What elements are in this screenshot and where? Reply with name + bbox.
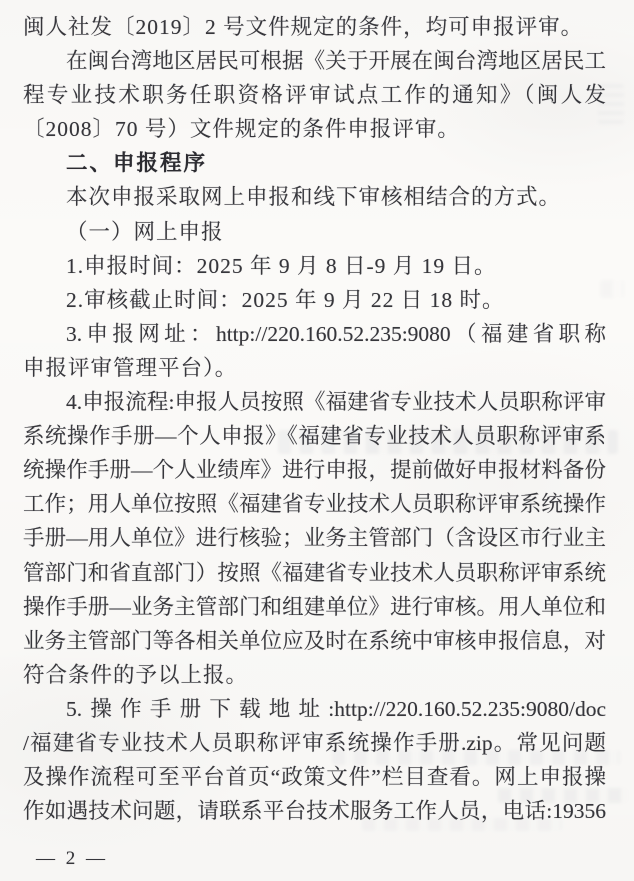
text-line: 及操作流程可至平台首页“政策文件”栏目查看。网上申报操: [23, 760, 606, 794]
text-line: 〔2008〕70 号）文件规定的条件申报评审。: [23, 112, 606, 146]
text-line: 统操作手册—个人业绩库》进行申报，提前做好申报材料备份: [23, 453, 606, 487]
text-line: 符合条件的予以上报。: [23, 658, 606, 692]
section-heading-line: 二、申报程序: [23, 146, 606, 180]
text-line: 操作手册—业务主管部门和组建单位》进行审核。用人单位和: [23, 590, 606, 624]
text-line: 业务主管部门等各相关单位应及时在系统中审核申报信息，对: [23, 624, 606, 658]
text-line: 申报评审管理平台）。: [23, 351, 606, 385]
text-line: 作如遇技术问题，请联系平台技术服务工作人员，电话:19356: [23, 794, 606, 828]
scanned-document-page: 闽人社发〔2019〕2 号文件规定的条件，均可申报评审。在闽台湾地区居民可根据《…: [0, 0, 634, 881]
text-line: 管部门和省直部门）按照《福建省专业技术人员职称评审系统: [23, 556, 606, 590]
text-line: 1.申报时间：2025 年 9 月 8 日-9 月 19 日。: [23, 249, 606, 283]
text-line: 手册—用人单位》进行核验；业务主管部门（含设区市行业主: [23, 521, 606, 555]
text-line: 在闽台湾地区居民可根据《关于开展在闽台湾地区居民工: [23, 44, 606, 78]
text-line: 系统操作手册—个人申报》《福建省专业技术人员职称评审系: [23, 419, 606, 453]
text-line: 5.操作手册下载地址:http://220.160.52.235:9080/do…: [23, 692, 606, 726]
text-line: /福建省专业技术人员职称评审系统操作手册.zip。常见问题: [23, 726, 606, 760]
document-body: 闽人社发〔2019〕2 号文件规定的条件，均可申报评审。在闽台湾地区居民可根据《…: [23, 10, 606, 828]
text-line: 程专业技术职务任职资格评审试点工作的通知》（闽人发: [23, 78, 606, 112]
text-line: 工作；用人单位按照《福建省专业技术人员职称评审系统操作: [23, 487, 606, 521]
text-line: 闽人社发〔2019〕2 号文件规定的条件，均可申报评审。: [23, 10, 606, 44]
text-line: 2.审核截止时间：2025 年 9 月 22 日 18 时。: [23, 283, 606, 317]
text-line: 3.申报网址：http://220.160.52.235:9080（福建省职称: [23, 317, 606, 351]
text-line: 本次申报采取网上申报和线下审核相结合的方式。: [23, 180, 606, 214]
page-number: — 2 —: [36, 848, 108, 870]
text-line: （一）网上申报: [23, 215, 606, 249]
text-line: 4.申报流程:申报人员按照《福建省专业技术人员职称评审: [23, 385, 606, 419]
